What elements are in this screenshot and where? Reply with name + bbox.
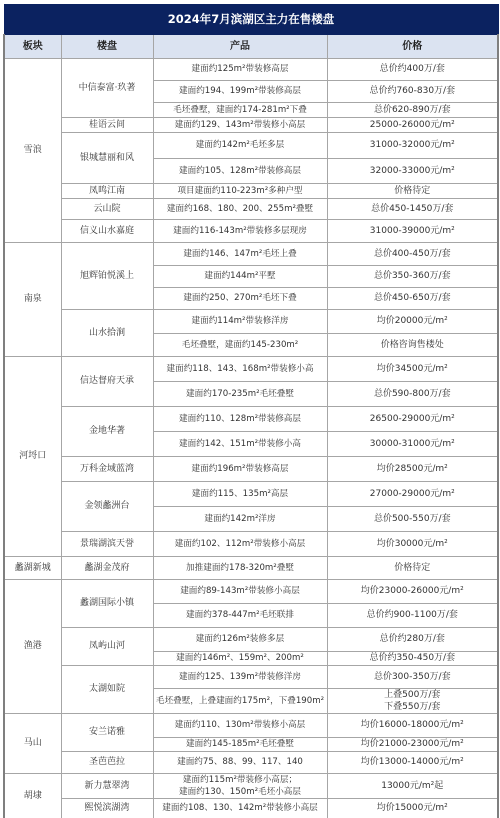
table-row: 信义山水嘉庭建面约116-143m²带装修多层现房31000-39000元/m² [4,220,498,243]
product-cell: 建面约75、88、99、117、140 [153,752,327,774]
product-cell: 建面约125m²带装修高层 [153,59,327,81]
product-cell: 建面约110、128m²带装修高层 [153,407,327,432]
price-cell: 32000-33000元/m² [327,159,498,184]
project-cell: 蠡湖国际小镇 [61,580,153,628]
price-cell: 均价30000元/m² [327,532,498,557]
price-cell: 均价21000-23000元/m² [327,738,498,752]
table-row: 圣芭芭拉建面约75、88、99、117、140均价13000-14000元/m² [4,752,498,774]
price-cell: 25000-26000元/m² [327,118,498,133]
price-cell: 总价400-450万/套 [327,243,498,266]
table-row: 雪浪中信泰富·玖著建面约125m²带装修高层总价约400万/套 [4,59,498,81]
product-cell: 建面约126m²装修多层 [153,628,327,652]
product-line: 建面约115m²带装修小高层； [154,774,327,786]
product-cell: 建面约129、143m²带装修小高层 [153,118,327,133]
header-district: 板块 [4,35,61,59]
project-cell: 熙悦滨湖湾 [61,799,153,818]
product-cell: 建面约142、151m²带装修小高 [153,432,327,457]
table-row: 蠡湖新城蠡湖金茂府加推建面约178-320m²叠墅价格待定 [4,557,498,580]
project-cell: 新力慧翠湾 [61,774,153,799]
price-cell: 均价28500元/m² [327,457,498,482]
price-cell: 均价15000元/m² [327,799,498,818]
table-row: 金地华著建面约110、128m²带装修高层26500-29000元/m² [4,407,498,432]
price-cell: 总价约760-830万/套 [327,81,498,103]
project-cell: 景瑞湖滨天誉 [61,532,153,557]
product-cell: 建面约142m²洋房 [153,507,327,532]
product-cell: 建面约250、270m²毛坯下叠 [153,288,327,310]
price-cell: 均价20000元/m² [327,310,498,334]
table-row: 凤屿山河建面约126m²装修多层总价约280万/套 [4,628,498,652]
table-row: 渔港蠡湖国际小镇建面约89-143m²带装修小高层均价23000-26000元/… [4,580,498,604]
project-cell: 金地华著 [61,407,153,457]
price-cell: 31000-32000元/m² [327,133,498,159]
table-row: 太湖如院建面约125、139m²带装修洋房总价300-350万/套 [4,666,498,689]
price-cell: 总价约400万/套 [327,59,498,81]
project-cell: 安兰诺雅 [61,714,153,752]
product-cell: 建面约114m²带装修洋房 [153,310,327,334]
price-cell: 总价约900-1100万/套 [327,604,498,628]
project-cell: 凤鸣江南 [61,184,153,199]
product-cell: 毛坯叠墅，建面约174-281m²下叠 [153,103,327,118]
price-cell: 均价34500元/m² [327,357,498,382]
product-cell: 建面约105、128m²带装修高层 [153,159,327,184]
header-row: 板块 楼盘 产品 价格 [4,35,498,59]
district-cell: 雪浪 [4,59,61,243]
price-cell: 27000-29000元/m² [327,482,498,507]
price-cell: 总价450-650万/套 [327,288,498,310]
product-cell: 建面约118、143、168m²带装修小高 [153,357,327,382]
project-cell: 圣芭芭拉 [61,752,153,774]
project-cell: 凤屿山河 [61,628,153,666]
header-price: 价格 [327,35,498,59]
project-cell: 信达督府天承 [61,357,153,407]
product-cell: 建面约89-143m²带装修小高层 [153,580,327,604]
table-row: 南泉旭辉铂悦溪上建面约146、147m²毛坯上叠总价400-450万/套 [4,243,498,266]
project-cell: 旭辉铂悦溪上 [61,243,153,310]
price-cell: 总价450-1450万/套 [327,199,498,220]
product-cell: 建面约110、130m²带装修小高层 [153,714,327,738]
table-row: 凤鸣江南项目建面约110-223m²多种户型价格待定 [4,184,498,199]
product-cell: 建面约115、135m²高层 [153,482,327,507]
project-cell: 信义山水嘉庭 [61,220,153,243]
product-cell: 建面约108、130、142m²带装修小高层 [153,799,327,818]
product-cell: 建面约115m²带装修小高层；建面约130、150m²毛坯小高层 [153,774,327,799]
project-cell: 云山院 [61,199,153,220]
table-body: 雪浪中信泰富·玖著建面约125m²带装修高层总价约400万/套建面约194、19… [4,59,498,818]
product-cell: 建面约168、180、200、255m²叠墅 [153,199,327,220]
product-cell: 建面约142m²毛坯多层 [153,133,327,159]
product-cell: 建面约125、139m²带装修洋房 [153,666,327,689]
table-row: 熙悦滨湖湾建面约108、130、142m²带装修小高层均价15000元/m² [4,799,498,818]
product-cell: 建面约378-447m²毛坯联排 [153,604,327,628]
district-cell: 河埒口 [4,357,61,557]
district-cell: 渔港 [4,580,61,714]
price-cell: 总价约350-450万/套 [327,652,498,666]
product-cell: 建面约196m²带装修高层 [153,457,327,482]
product-cell: 建面约194、199m²带装修高层 [153,81,327,103]
project-cell: 银城慧丽和风 [61,133,153,184]
table-row: 山水拾涧建面约114m²带装修洋房均价20000元/m² [4,310,498,334]
price-cell: 总价620-890万/套 [327,103,498,118]
price-cell: 总价约280万/套 [327,628,498,652]
product-cell: 建面约170-235m²毛坯叠墅 [153,382,327,407]
table-row: 马山安兰诺雅建面约110、130m²带装修小高层均价16000-18000元/m… [4,714,498,738]
price-cell: 均价23000-26000元/m² [327,580,498,604]
header-project: 楼盘 [61,35,153,59]
district-cell: 马山 [4,714,61,774]
price-cell: 30000-31000元/m² [327,432,498,457]
price-cell: 总价590-800万/套 [327,382,498,407]
price-line: 下叠550万/套 [328,701,498,713]
table-row: 桂语云间建面约129、143m²带装修小高层25000-26000元/m² [4,118,498,133]
price-cell: 总价300-350万/套 [327,666,498,689]
price-cell: 价格咨询售楼处 [327,334,498,357]
header-product: 产品 [153,35,327,59]
table-row: 河埒口信达督府天承建面约118、143、168m²带装修小高均价34500元/m… [4,357,498,382]
product-cell: 建面约102、112m²带装修小高层 [153,532,327,557]
product-cell: 建面约146、147m²毛坯上叠 [153,243,327,266]
project-cell: 山水拾涧 [61,310,153,357]
project-cell: 金领蠡洲台 [61,482,153,532]
property-table: 2024年7月滨湖区主力在售楼盘 板块 楼盘 产品 价格 雪浪中信泰富·玖著建面… [3,4,499,818]
project-cell: 太湖如院 [61,666,153,714]
price-cell: 31000-39000元/m² [327,220,498,243]
table-title: 2024年7月滨湖区主力在售楼盘 [4,5,498,35]
price-cell: 总价350-360万/套 [327,266,498,288]
table-row: 金领蠡洲台建面约115、135m²高层27000-29000元/m² [4,482,498,507]
product-cell: 加推建面约178-320m²叠墅 [153,557,327,580]
product-cell: 项目建面约110-223m²多种户型 [153,184,327,199]
project-cell: 万科金域蓝湾 [61,457,153,482]
project-cell: 蠡湖金茂府 [61,557,153,580]
product-cell: 建面约145-185m²毛坯叠墅 [153,738,327,752]
price-line: 上叠500万/套 [328,689,498,701]
price-cell: 均价13000-14000元/m² [327,752,498,774]
table-row: 万科金域蓝湾建面约196m²带装修高层均价28500元/m² [4,457,498,482]
price-cell: 26500-29000元/m² [327,407,498,432]
project-cell: 桂语云间 [61,118,153,133]
price-cell: 均价16000-18000元/m² [327,714,498,738]
property-table-container: 2024年7月滨湖区主力在售楼盘 板块 楼盘 产品 价格 雪浪中信泰富·玖著建面… [3,4,497,818]
project-cell: 中信泰富·玖著 [61,59,153,118]
table-row: 银城慧丽和风建面约142m²毛坯多层31000-32000元/m² [4,133,498,159]
product-cell: 建面约146m²、159m²、200m² [153,652,327,666]
district-cell: 胡埭 [4,774,61,818]
district-cell: 南泉 [4,243,61,357]
price-cell: 价格待定 [327,184,498,199]
price-cell: 上叠500万/套下叠550万/套 [327,689,498,714]
product-cell: 建面约116-143m²带装修多层现房 [153,220,327,243]
price-cell: 总价500-550万/套 [327,507,498,532]
table-row: 云山院建面约168、180、200、255m²叠墅总价450-1450万/套 [4,199,498,220]
district-cell: 蠡湖新城 [4,557,61,580]
price-cell: 价格待定 [327,557,498,580]
product-line: 建面约130、150m²毛坯小高层 [154,786,327,798]
product-cell: 毛坯叠墅，上叠建面约175m²，下叠190m² [153,689,327,714]
table-row: 胡埭新力慧翠湾建面约115m²带装修小高层；建面约130、150m²毛坯小高层1… [4,774,498,799]
product-cell: 建面约144m²平墅 [153,266,327,288]
price-cell: 13000元/m²起 [327,774,498,799]
table-row: 景瑞湖滨天誉建面约102、112m²带装修小高层均价30000元/m² [4,532,498,557]
product-cell: 毛坯叠墅，建面约145-230m² [153,334,327,357]
